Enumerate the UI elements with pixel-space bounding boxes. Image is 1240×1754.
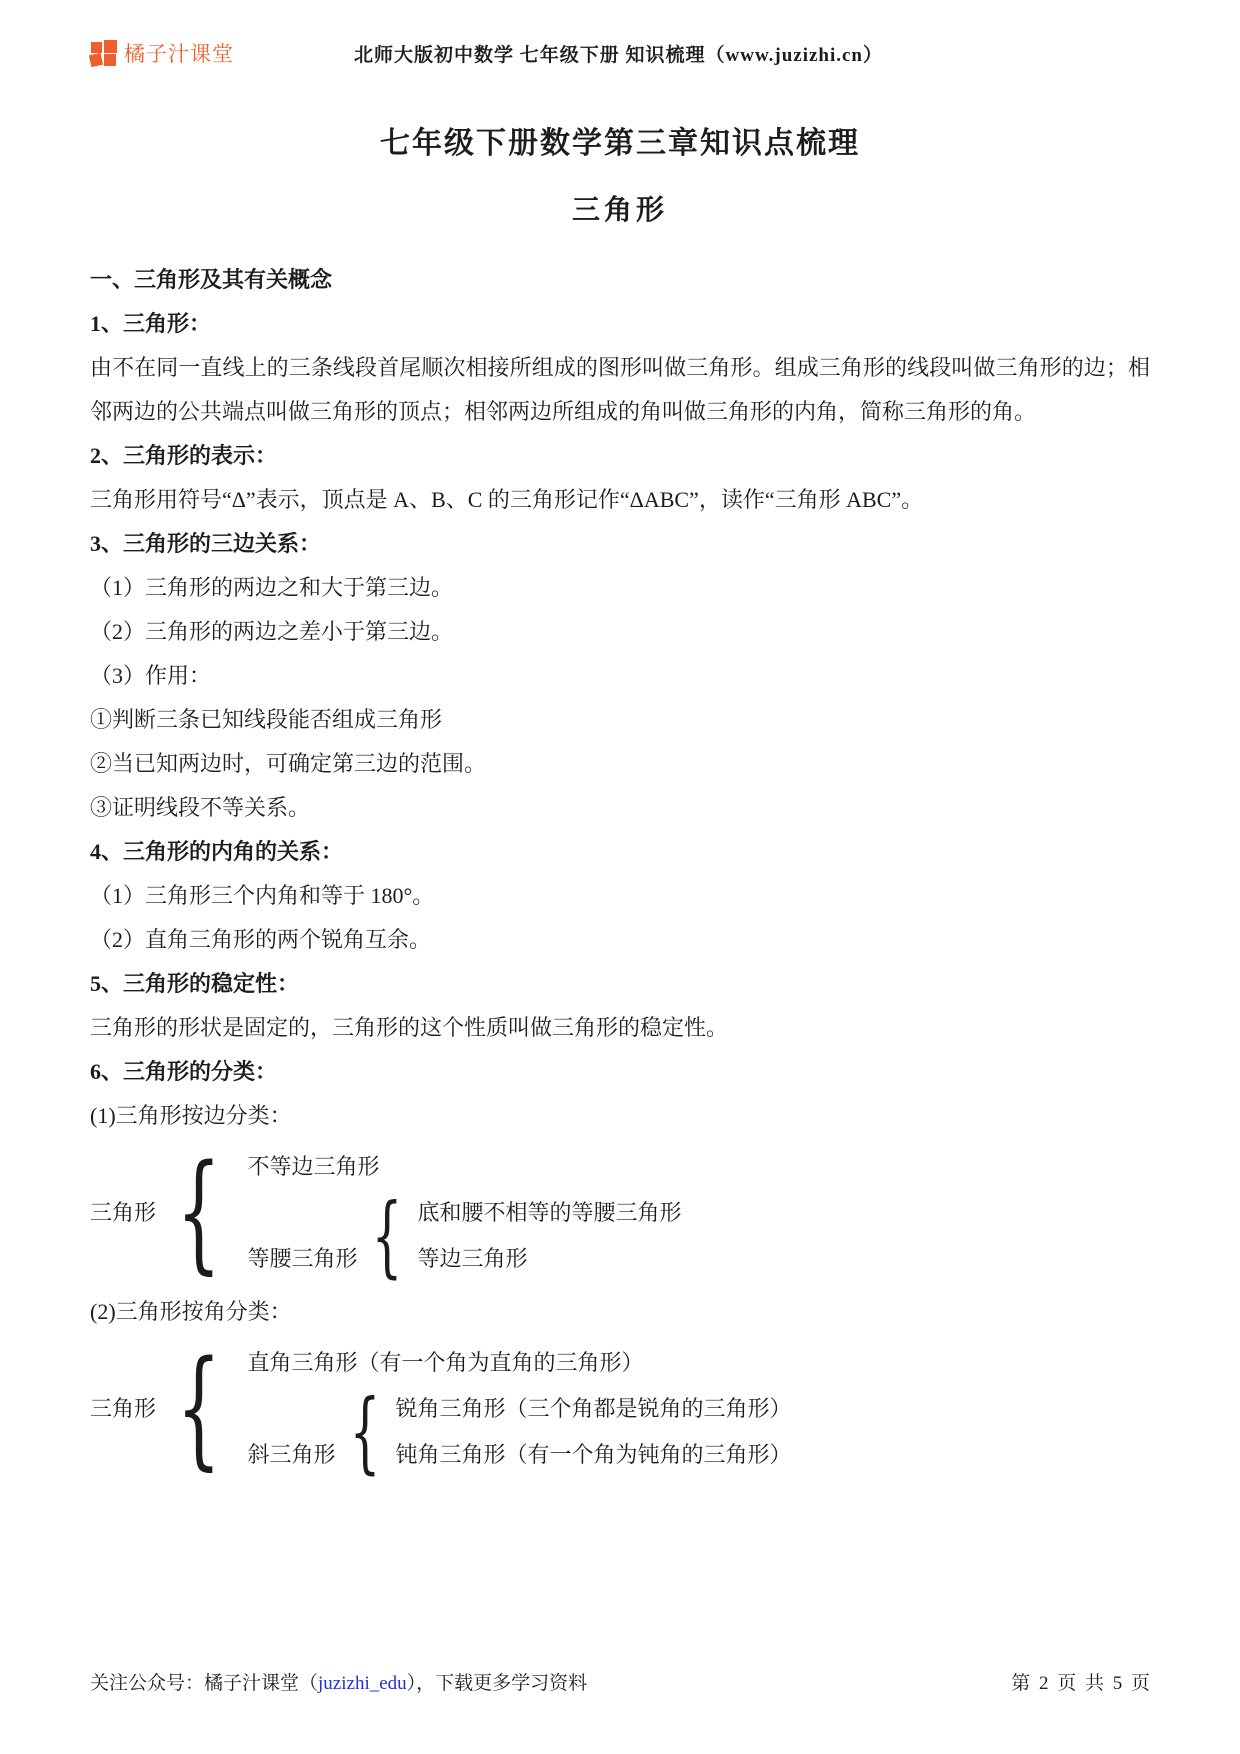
item2-heading: 2、三角形的表示： xyxy=(90,434,1150,478)
item4-heading: 4、三角形的内角的关系： xyxy=(90,830,1150,874)
page-footer: 关注公众号：橘子汁课堂（juzizhi_edu），下载更多学习资料 第 2 页 … xyxy=(90,1668,1152,1695)
footer-note: 关注公众号：橘子汁课堂（juzizhi_edu），下载更多学习资料 xyxy=(90,1668,587,1695)
branch-oblique-label: 斜三角形 xyxy=(241,1432,335,1478)
item6-sub1-label: (1)三角形按边分类： xyxy=(90,1094,1150,1138)
item3-heading: 3、三角形的三边关系： xyxy=(90,522,1150,566)
branch-isosceles-unequal: 底和腰不相等的等腰三角形 xyxy=(417,1190,681,1236)
item4-point-2: （2）直角三角形的两个锐角互余。 xyxy=(90,918,1150,962)
item1-paragraph: 由不在同一直线上的三条线段首尾顺次相接所组成的图形叫做三角形。组成三角形的线段叫… xyxy=(90,346,1150,434)
item3-use-3: ③证明线段不等关系。 xyxy=(90,786,1150,830)
tree-branches: 直角三角形（有一个角为直角的三角形） 斜三角形 { 锐角三角形（三个角都是锐角的… xyxy=(241,1340,791,1478)
item3-point-1: （1）三角形的两边之和大于第三边。 xyxy=(90,566,1150,610)
document-info: 北师大版初中数学 七年级下册 知识梳理（www.juzizhi.cn） xyxy=(354,40,883,67)
branch-isosceles-label: 等腰三角形 xyxy=(241,1236,357,1282)
brand-name: 橘子汁课堂 xyxy=(124,38,234,68)
tree-root-label: 三角形 xyxy=(90,1386,156,1432)
page-number: 第 2 页 共 5 页 xyxy=(1011,1668,1152,1695)
subtree-branches: 底和腰不相等的等腰三角形 等边三角形 xyxy=(417,1190,681,1282)
item6-heading: 6、三角形的分类： xyxy=(90,1050,1150,1094)
document-body: 七年级下册数学第三章知识点梳理 三角形 一、三角形及其有关概念 1、三角形： 由… xyxy=(0,0,1240,1478)
item5-paragraph: 三角形的形状是固定的，三角形的这个性质叫做三角形的稳定性。 xyxy=(90,1006,1150,1050)
tree-branches: 不等边三角形 等腰三角形 { 底和腰不相等的等腰三角形 等边三角形 xyxy=(241,1144,681,1282)
branch-equilateral: 等边三角形 xyxy=(417,1236,681,1282)
orange-squares-logo-icon xyxy=(90,40,117,67)
footer-note-prefix: 关注公众号：橘子汁课堂（ xyxy=(90,1673,318,1694)
branch-acute-triangle: 锐角三角形（三个角都是锐角的三角形） xyxy=(395,1386,791,1432)
item3-use-1: ①判断三条已知线段能否组成三角形 xyxy=(90,698,1150,742)
subtree-branches: 锐角三角形（三个角都是锐角的三角形） 钝角三角形（有一个角为钝角的三角形） xyxy=(395,1386,791,1478)
item2-paragraph: 三角形用符号“Δ”表示，顶点是 A、B、C 的三角形记作“ΔABC”，读作“三角… xyxy=(90,478,1150,522)
brace-icon: { xyxy=(372,1192,403,1280)
branch-scalene: 不等边三角形 xyxy=(241,1144,681,1190)
content: 一、三角形及其有关概念 1、三角形： 由不在同一直线上的三条线段首尾顺次相接所组… xyxy=(90,258,1150,1478)
brace-icon: { xyxy=(350,1388,381,1476)
item3-point-3: （3）作用： xyxy=(90,654,1150,698)
item4-point-1: （1）三角形三个内角和等于 180°。 xyxy=(90,874,1150,918)
section-heading: 一、三角形及其有关概念 xyxy=(90,258,1150,302)
branch-right-triangle: 直角三角形（有一个角为直角的三角形） xyxy=(241,1340,791,1386)
brace-icon: { xyxy=(176,1149,221,1277)
subtree-isosceles: 等腰三角形 { 底和腰不相等的等腰三角形 等边三角形 xyxy=(241,1190,681,1282)
page-title: 七年级下册数学第三章知识点梳理 xyxy=(90,0,1150,162)
subtree-oblique: 斜三角形 { 锐角三角形（三个角都是锐角的三角形） 钝角三角形（有一个角为钝角的… xyxy=(241,1386,791,1478)
tree-root-label: 三角形 xyxy=(90,1190,156,1236)
brace-icon: { xyxy=(176,1345,221,1473)
item3-point-2: （2）三角形的两边之差小于第三边。 xyxy=(90,610,1150,654)
item3-use-2: ②当已知两边时，可确定第三边的范围。 xyxy=(90,742,1150,786)
page-subtitle: 三角形 xyxy=(90,162,1150,228)
item6-sub2-label: (2)三角形按角分类： xyxy=(90,1290,1150,1334)
branch-obtuse-triangle: 钝角三角形（有一个角为钝角的三角形） xyxy=(395,1432,791,1478)
document-page: 橘子汁课堂 北师大版初中数学 七年级下册 知识梳理（www.juzizhi.cn… xyxy=(0,0,1240,1754)
item1-heading: 1、三角形： xyxy=(90,302,1150,346)
footer-note-suffix: ），下载更多学习资料 xyxy=(407,1673,588,1694)
wechat-id-text: juzizhi_edu xyxy=(318,1673,407,1694)
classification-tree-by-side: 三角形 { 不等边三角形 等腰三角形 { 底和腰不相等的等腰三角形 等边三角形 xyxy=(90,1144,1150,1282)
classification-tree-by-angle: 三角形 { 直角三角形（有一个角为直角的三角形） 斜三角形 { 锐角三角形（三个… xyxy=(90,1340,1150,1478)
brand-logo: 橘子汁课堂 xyxy=(90,38,234,68)
item5-heading: 5、三角形的稳定性： xyxy=(90,962,1150,1006)
page-header: 橘子汁课堂 北师大版初中数学 七年级下册 知识梳理（www.juzizhi.cn… xyxy=(90,38,1150,68)
